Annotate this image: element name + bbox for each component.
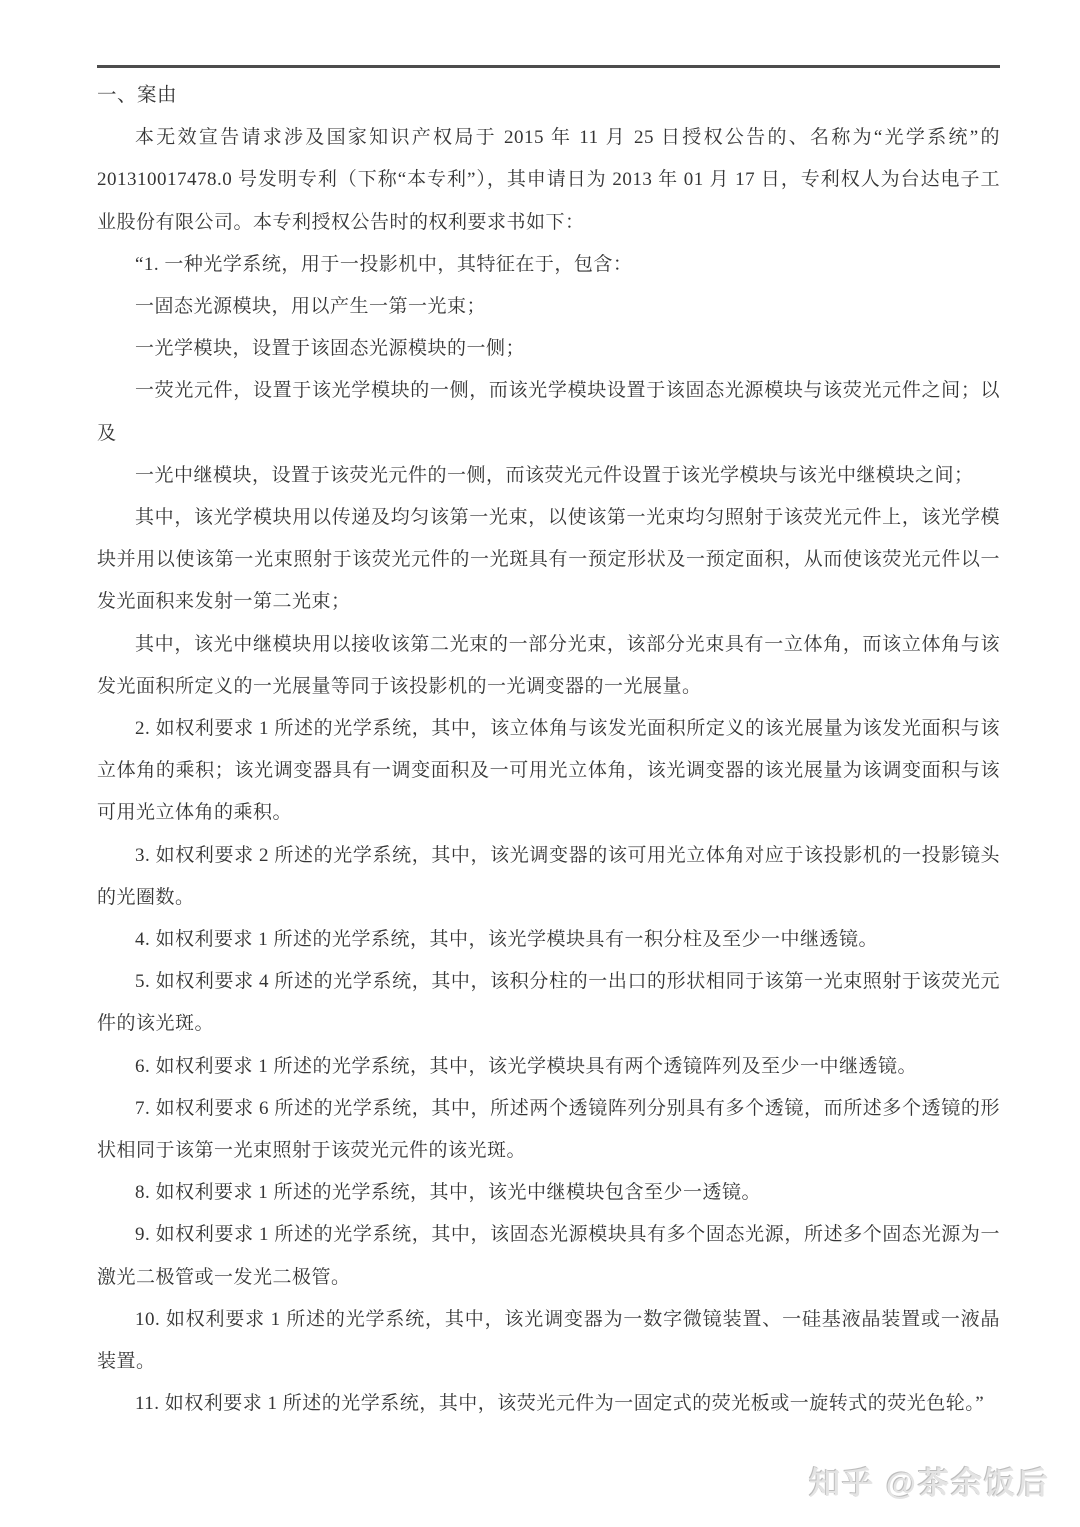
claim-3: 3. 如权利要求 2 所述的光学系统，其中，该光调变器的该可用光立体角对应于该投…: [97, 835, 1000, 919]
claim-1-wherein-1: 其中，该光学模块用以传递及均匀该第一光束，以使该第一光束均匀照射于该荧光元件上，…: [97, 497, 1000, 624]
claim-1-wherein-2: 其中，该光中继模块用以接收该第二光束的一部分光束，该部分光束具有一立体角，而该立…: [97, 624, 1000, 708]
claim-8: 8. 如权利要求 1 所述的光学系统，其中，该光中继模块包含至少一透镜。: [97, 1172, 1000, 1214]
claim-1-preamble: “1. 一种光学系统，用于一投影机中，其特征在于，包含：: [97, 244, 1000, 286]
claim-2: 2. 如权利要求 1 所述的光学系统，其中，该立体角与该发光面积所定义的该光展量…: [97, 708, 1000, 835]
claim-1-element-relay-module: 一光中继模块，设置于该荧光元件的一侧，而该荧光元件设置于该光学模块与该光中继模块…: [97, 455, 1000, 497]
claim-1-element-light-source: 一固态光源模块，用以产生一第一光束；: [97, 286, 1000, 328]
patent-document-page: 一、案由 本无效宣告请求涉及国家知识产权局于 2015 年 11 月 25 日授…: [0, 0, 1080, 1527]
zhihu-watermark: 知乎 @茶余饭后: [809, 1458, 1050, 1503]
paragraph-case-intro: 本无效宣告请求涉及国家知识产权局于 2015 年 11 月 25 日授权公告的、…: [97, 117, 1000, 244]
claim-7: 7. 如权利要求 6 所述的光学系统，其中，所述两个透镜阵列分别具有多个透镜，而…: [97, 1088, 1000, 1172]
header-divider-rule: [97, 65, 1000, 68]
claim-5: 5. 如权利要求 4 所述的光学系统，其中，该积分柱的一出口的形状相同于该第一光…: [97, 961, 1000, 1045]
claim-11: 11. 如权利要求 1 所述的光学系统，其中，该荧光元件为一固定式的荧光板或一旋…: [97, 1383, 1000, 1425]
section-heading: 一、案由: [97, 75, 1000, 117]
document-body: 一、案由 本无效宣告请求涉及国家知识产权局于 2015 年 11 月 25 日授…: [97, 75, 1000, 1426]
claim-10: 10. 如权利要求 1 所述的光学系统，其中，该光调变器为一数字微镜装置、一硅基…: [97, 1299, 1000, 1383]
claim-1-element-fluorescent: 一荧光元件，设置于该光学模块的一侧，而该光学模块设置于该固态光源模块与该荧光元件…: [97, 370, 1000, 454]
claim-9: 9. 如权利要求 1 所述的光学系统，其中，该固态光源模块具有多个固态光源，所述…: [97, 1214, 1000, 1298]
claim-6: 6. 如权利要求 1 所述的光学系统，其中，该光学模块具有两个透镜阵列及至少一中…: [97, 1046, 1000, 1088]
claim-4: 4. 如权利要求 1 所述的光学系统，其中，该光学模块具有一积分柱及至少一中继透…: [97, 919, 1000, 961]
claim-1-element-optical-module: 一光学模块，设置于该固态光源模块的一侧；: [97, 328, 1000, 370]
